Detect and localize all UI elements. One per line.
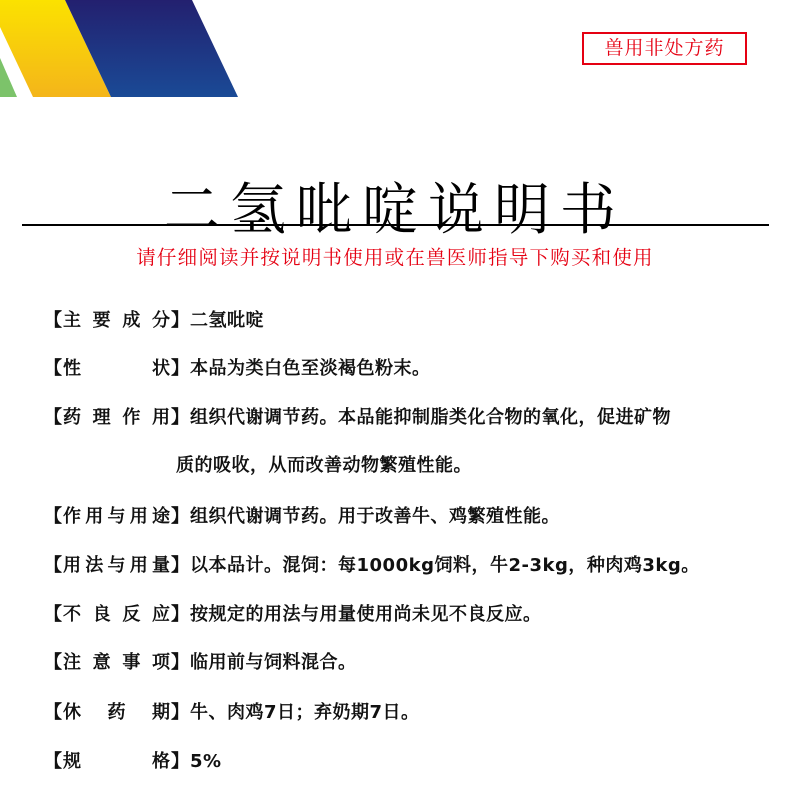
usage-notice: 请仔细阅读并按说明书使用或在兽医师指导下购买和使用 — [0, 244, 790, 272]
decorative-banner — [0, 0, 250, 98]
green-stripe — [0, 58, 17, 97]
section-label: 【注意事项】 — [44, 650, 190, 676]
section-value: 以本品计。混饲：每1000kg饲料，牛2-3kg，种肉鸡3kg。 — [190, 555, 700, 576]
section-label: 【药理作用】 — [44, 405, 190, 431]
section-ingredient: 【主要成分】二氢吡啶 — [44, 308, 264, 334]
section-value: 二氢吡啶 — [190, 310, 264, 331]
section-withdrawal-period: 【休 药 期】牛、肉鸡7日；弃奶期7日。 — [44, 700, 420, 726]
section-precautions: 【注意事项】临用前与饲料混合。 — [44, 650, 357, 676]
section-value: 临用前与饲料混合。 — [190, 652, 357, 673]
section-adverse-reactions: 【不良反应】按规定的用法与用量使用尚未见不良反应。 — [44, 602, 542, 628]
section-value: 组织代谢调节药。用于改善牛、鸡繁殖性能。 — [190, 506, 560, 527]
section-value: 本品为类白色至淡褐色粉末。 — [190, 358, 431, 379]
page-title: 二氢吡啶说明书 — [0, 176, 790, 246]
section-label: 【规 格】 — [44, 749, 190, 775]
section-label: 【不良反应】 — [44, 602, 190, 628]
section-pharmacology-continuation: 质的吸收，从而改善动物繁殖性能。 — [176, 453, 472, 479]
section-label: 【用法与用量】 — [44, 553, 190, 579]
section-dosage: 【用法与用量】以本品计。混饲：每1000kg饲料，牛2-3kg，种肉鸡3kg。 — [44, 553, 700, 579]
section-specification: 【规 格】5% — [44, 749, 222, 775]
section-appearance: 【性 状】本品为类白色至淡褐色粉末。 — [44, 356, 431, 382]
section-label: 【作用与用途】 — [44, 504, 190, 530]
section-label: 【主要成分】 — [44, 308, 190, 334]
section-value: 牛、肉鸡7日；弃奶期7日。 — [190, 702, 420, 723]
otc-badge: 兽用非处方药 — [582, 32, 747, 65]
section-label: 【性 状】 — [44, 356, 190, 382]
section-label: 【休 药 期】 — [44, 700, 190, 726]
section-indications: 【作用与用途】组织代谢调节药。用于改善牛、鸡繁殖性能。 — [44, 504, 560, 530]
title-divider — [22, 224, 769, 226]
section-value: 5% — [190, 751, 222, 772]
section-value: 组织代谢调节药。本品能抑制脂类化合物的氧化，促进矿物 — [190, 407, 671, 428]
section-value: 按规定的用法与用量使用尚未见不良反应。 — [190, 604, 542, 625]
section-pharmacology: 【药理作用】组织代谢调节药。本品能抑制脂类化合物的氧化，促进矿物 — [44, 405, 671, 431]
